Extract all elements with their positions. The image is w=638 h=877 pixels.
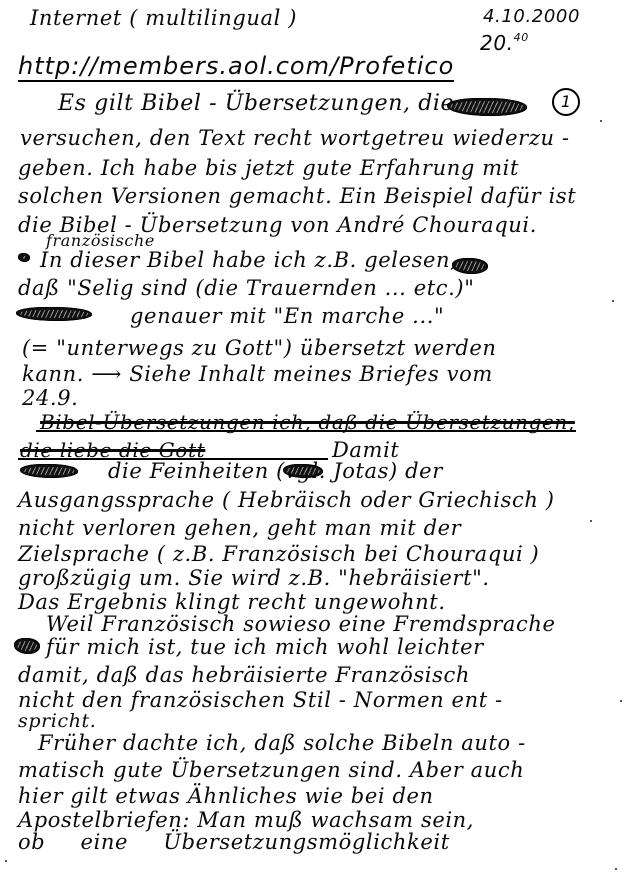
scribble-mark <box>452 258 488 274</box>
text-line: Apostelbriefen: Man muß wachsam sein, <box>18 810 474 831</box>
text-line: In dieser Bibel habe ich z.B. gelesen, <box>40 250 457 271</box>
text-line: die Feinheiten (vgl. Jotas) der <box>108 461 443 482</box>
crossed-out-line: die liebe die Gott <box>20 440 205 460</box>
scan-speck <box>612 300 614 302</box>
inserted-word: französische <box>46 233 155 249</box>
text-line: 24.9. <box>22 388 78 409</box>
text-line: solchen Versionen gemacht. Ein Beispiel … <box>18 186 576 207</box>
scan-speck <box>600 120 602 122</box>
scribble-mark <box>20 464 78 478</box>
scribble-mark <box>16 307 92 321</box>
text-line: Früher dachte ich, daß solche Bibeln aut… <box>38 733 526 754</box>
crossed-out-line: Bibel-Übersetzungen ich, daß die Überset… <box>40 412 575 432</box>
time-note: 20.40 <box>480 32 529 53</box>
text-line: Zielsprache ( z.B. Französisch bei Chour… <box>18 544 539 565</box>
text-line: spricht. <box>18 712 96 731</box>
text-line: (= "unterwegs zu Gott") übersetzt werden <box>22 338 497 359</box>
page-number-circle: 1 <box>552 88 580 116</box>
time-hour: 20. <box>480 31 514 55</box>
scan-speck <box>620 700 622 702</box>
text-line: damit, daß das hebräisierte Französisch <box>18 665 470 686</box>
scan-speck <box>615 868 617 870</box>
text-line: daß "Selig sind (die Trauernden ... etc.… <box>18 278 475 299</box>
text-line: Das Ergebnis klingt recht ungewohnt. <box>18 592 446 613</box>
text-line: Damit <box>332 440 399 461</box>
text-line: Ausgangssprache ( Hebräisch oder Griechi… <box>18 490 555 511</box>
text-line: nicht verloren gehen, geht man mit der <box>18 518 461 539</box>
text-line: versuchen, den Text recht wortgetreu wie… <box>20 128 570 149</box>
page-heading: Internet ( multilingual ) <box>30 8 297 29</box>
text-line: geben. Ich habe bis jetzt gute Erfahrung… <box>18 158 519 179</box>
text-line: Es gilt Bibel - Übersetzungen, die <box>58 93 454 115</box>
url-text: http://members.aol.com/Profetico <box>18 54 454 82</box>
date-note: 4.10.2000 <box>483 8 580 26</box>
scribble-mark <box>283 464 323 478</box>
scribble-mark <box>14 638 40 654</box>
text-line: großzügig um. Sie wird z.B. "hebräisiert… <box>18 568 490 589</box>
scribble-mark <box>18 253 30 262</box>
text-line: matisch gute Übersetzungen sind. Aber au… <box>18 760 524 781</box>
scribble-mark <box>447 98 527 116</box>
time-minute: 40 <box>514 31 529 44</box>
text-line: für mich ist, tue ich mich wohl leichter <box>46 637 484 658</box>
strike-underline <box>36 430 576 432</box>
text-line: genauer mit "En marche ..." <box>130 306 444 327</box>
text-line: ob eine Übersetzungsmöglichkeit <box>18 832 450 853</box>
text-line: hier gilt etwas Ähnliches wie bei den <box>18 786 434 807</box>
scan-speck <box>590 520 592 522</box>
scan-speck <box>5 860 7 862</box>
handwritten-page: Internet ( multilingual ) 4.10.2000 20.4… <box>0 0 638 877</box>
text-line: Weil Französisch sowieso eine Fremdsprac… <box>46 614 556 635</box>
text-line: nicht den französischen Stil - Normen en… <box>18 690 503 711</box>
text-line: kann. ⟶ Siehe Inhalt meines Briefes vom <box>22 364 493 385</box>
